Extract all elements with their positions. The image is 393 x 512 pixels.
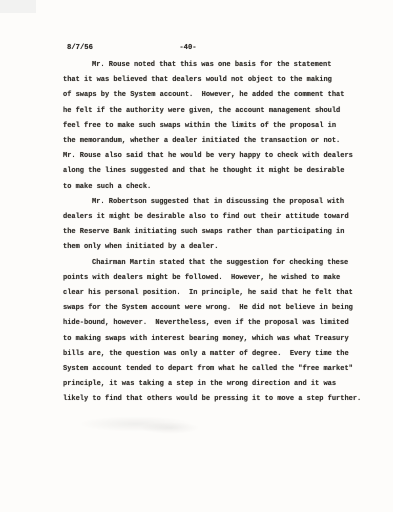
text-line: Mr. Rouse noted that this was one basis … — [63, 58, 368, 73]
text-line: to make such a check. — [63, 180, 368, 195]
scan-corner-artifact — [0, 0, 36, 13]
paragraph: Chairman Martin stated that the suggesti… — [63, 256, 368, 408]
text-line: clear his personal position. In principl… — [63, 286, 368, 301]
text-line: the Reserve Bank initiating such swaps r… — [63, 225, 368, 240]
page-number: -40- — [168, 44, 208, 52]
text-line: dealers it might be desirable also to fi… — [63, 210, 368, 225]
text-line: likely to find that others would be pres… — [63, 392, 368, 407]
text-line: feel free to make such swaps within the … — [63, 119, 368, 134]
scan-smudge — [140, 422, 200, 434]
text-line: along the lines suggested and that he th… — [63, 164, 368, 179]
text-line: that it was believed that dealers would … — [63, 73, 368, 88]
paragraph: Mr. Rouse noted that this was one basis … — [63, 58, 368, 195]
text-line: of swaps by the System account. However,… — [63, 88, 368, 103]
text-line: to making swaps with interest bearing mo… — [63, 332, 368, 347]
text-line: them only when initiated by a dealer. — [63, 240, 368, 255]
text-line: hide-bound, however. Nevertheless, even … — [63, 316, 368, 331]
text-line: bills are, the question was only a matte… — [63, 347, 368, 362]
text-line: Mr. Rouse also said that he would be ver… — [63, 149, 368, 164]
text-line: System account tended to depart from wha… — [63, 362, 368, 377]
text-line: Chairman Martin stated that the suggesti… — [63, 256, 368, 271]
text-line: swaps for the System account were wrong.… — [63, 301, 368, 316]
text-line: points with dealers might be followed. H… — [63, 271, 368, 286]
paragraph: Mr. Robertson suggested that in discussi… — [63, 195, 368, 256]
document-body: Mr. Rouse noted that this was one basis … — [63, 58, 368, 408]
text-line: he felt if the authority were given, the… — [63, 104, 368, 119]
document-date: 8/7/56 — [67, 44, 93, 52]
text-line: principle, it was taking a step in the w… — [63, 377, 368, 392]
text-line: Mr. Robertson suggested that in discussi… — [63, 195, 368, 210]
page-header: 8/7/56 -40- — [0, 44, 393, 56]
document-page: 8/7/56 -40- Mr. Rouse noted that this wa… — [0, 0, 393, 512]
text-line: the memorandum, whether a dealer initiat… — [63, 134, 368, 149]
